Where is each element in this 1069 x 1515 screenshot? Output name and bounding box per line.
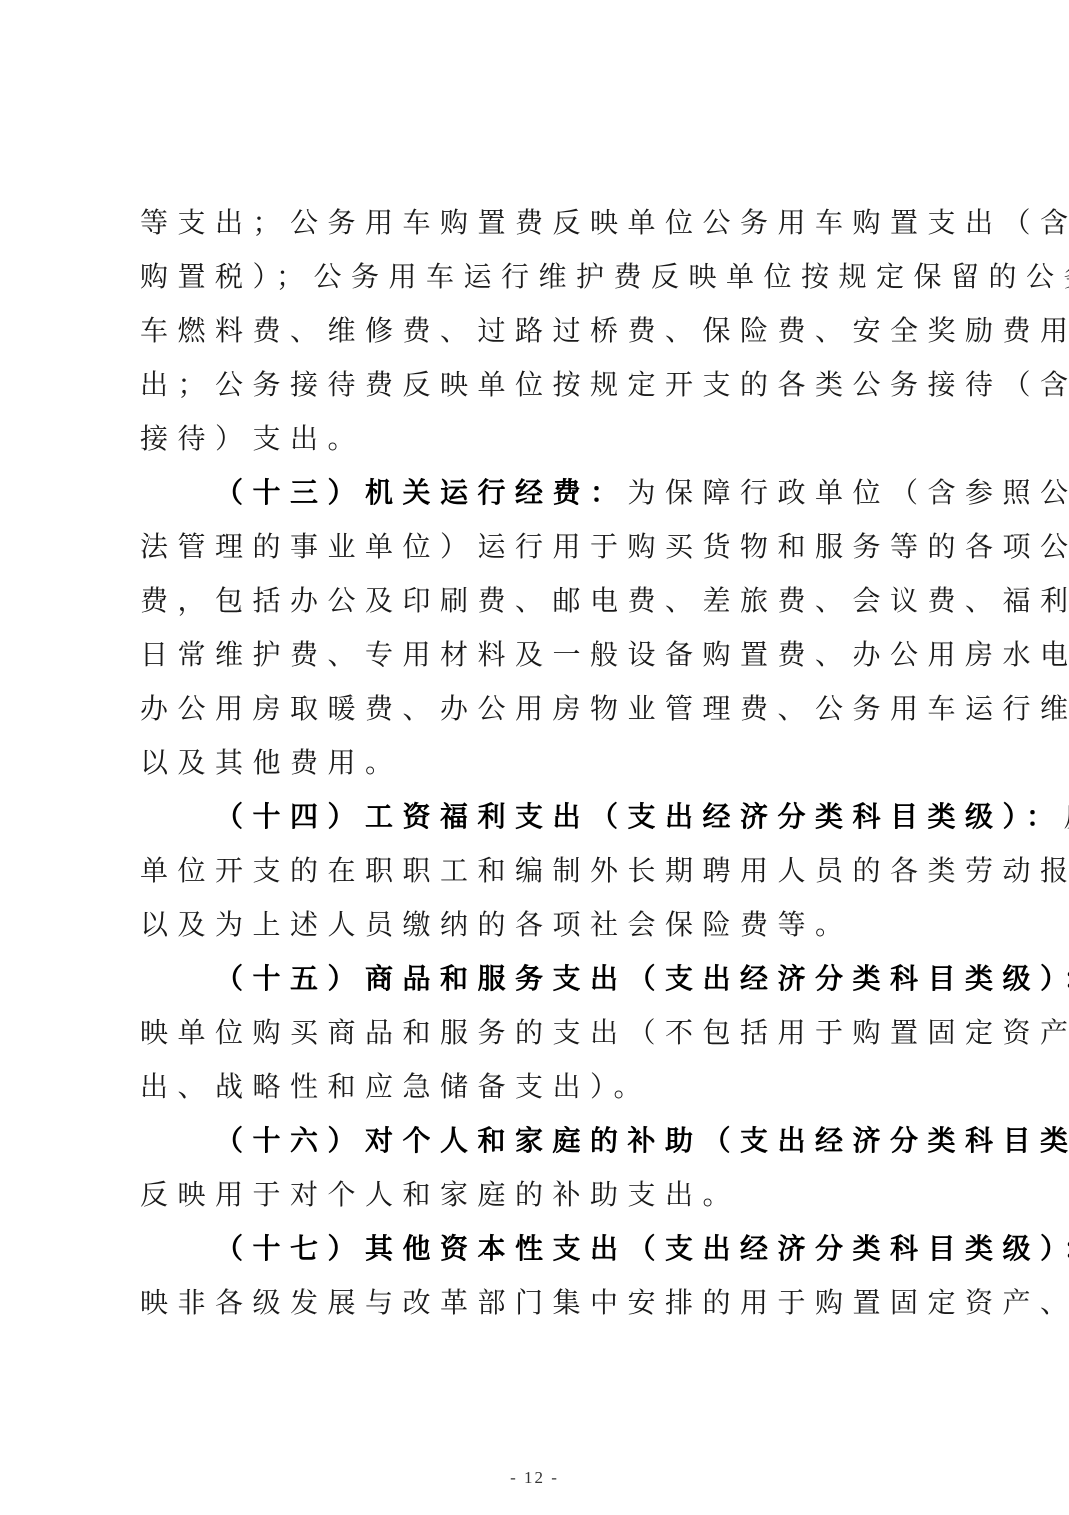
text-line: 映非各级发展与改革部门集中安排的用于购置固定资产、战略	[140, 1280, 940, 1334]
text-line: 出、战略性和应急储备支出）。	[140, 1064, 940, 1118]
line-text: 为保障行政单位（含参照公务员	[628, 476, 1069, 509]
line-text: 法管理的事业单位）运行用于购买货物和服务等的各项公用经	[140, 530, 1069, 563]
text-line: 以及为上述人员缴纳的各项社会保险费等。	[140, 902, 940, 956]
line-text: 出、战略性和应急储备支出）。	[140, 1070, 651, 1103]
document-page: 等支出；公务用车购置费反映单位公务用车购置支出（含车辆 购置税）；公务用车运行维…	[0, 0, 1069, 1515]
paragraph-15: （十五）商品和服务支出（支出经济分类科目类级）：反 映单位购买商品和服务的支出（…	[140, 956, 940, 1118]
paragraph-14: （十四）工资福利支出（支出经济分类科目类级）：反映 单位开支的在职职工和编制外长…	[140, 794, 940, 956]
line-text: 单位开支的在职职工和编制外长期聘用人员的各类劳动报酬，	[140, 854, 1069, 887]
text-line: （十五）商品和服务支出（支出经济分类科目类级）：反	[140, 956, 940, 1010]
text-line: 等支出；公务用车购置费反映单位公务用车购置支出（含车辆	[140, 200, 940, 254]
paragraph-heading: （十四）工资福利支出（支出经济分类科目类级）：	[215, 800, 1064, 833]
paragraph-13: （十三）机关运行经费：为保障行政单位（含参照公务员 法管理的事业单位）运行用于购…	[140, 470, 940, 794]
text-line: 日常维护费、专用材料及一般设备购置费、办公用房水电费、	[140, 632, 940, 686]
line-text: 日常维护费、专用材料及一般设备购置费、办公用房水电费、	[140, 638, 1069, 671]
line-text: 映单位购买商品和服务的支出（不包括用于购置固定资产的支	[140, 1016, 1069, 1049]
line-text: 反映	[1064, 800, 1069, 833]
text-line: （十三）机关运行经费：为保障行政单位（含参照公务员	[140, 470, 940, 524]
paragraph-16: （十六）对个人和家庭的补助（支出经济分类科目类级）： 反映用于对个人和家庭的补助…	[140, 1118, 940, 1226]
line-text: 以及其他费用。	[140, 746, 403, 779]
line-text: 接待）支出。	[140, 422, 365, 455]
text-line: （十七）其他资本性支出（支出经济分类科目类级）：反	[140, 1226, 940, 1280]
text-line: 费，包括办公及印刷费、邮电费、差旅费、会议费、福利费、	[140, 578, 940, 632]
text-line: 出；公务接待费反映单位按规定开支的各类公务接待（含外宾	[140, 362, 940, 416]
line-text: 出；公务接待费反映单位按规定开支的各类公务接待（含外宾	[140, 368, 1069, 401]
line-text: 购置税）；公务用车运行维护费反映单位按规定保留的公务用	[140, 260, 1069, 293]
paragraph-heading: （十五）商品和服务支出（支出经济分类科目类级）：	[215, 962, 1069, 995]
text-line: 映单位购买商品和服务的支出（不包括用于购置固定资产的支	[140, 1010, 940, 1064]
line-text: 等支出；公务用车购置费反映单位公务用车购置支出（含车辆	[140, 206, 1069, 239]
text-line: 办公用房取暖费、办公用房物业管理费、公务用车运行维护费	[140, 686, 940, 740]
text-line: 车燃料费、维修费、过路过桥费、保险费、安全奖励费用等支	[140, 308, 940, 362]
text-line: （十四）工资福利支出（支出经济分类科目类级）：反映	[140, 794, 940, 848]
line-text: 费，包括办公及印刷费、邮电费、差旅费、会议费、福利费、	[140, 584, 1069, 617]
text-line: 反映用于对个人和家庭的补助支出。	[140, 1172, 940, 1226]
line-text: 反映用于对个人和家庭的补助支出。	[140, 1178, 740, 1211]
text-line: （十六）对个人和家庭的补助（支出经济分类科目类级）：	[140, 1118, 940, 1172]
paragraph-heading: （十三）机关运行经费：	[215, 476, 628, 509]
text-line: 以及其他费用。	[140, 740, 940, 794]
line-text: 办公用房取暖费、办公用房物业管理费、公务用车运行维护费	[140, 692, 1069, 725]
line-text: 以及为上述人员缴纳的各项社会保险费等。	[140, 908, 853, 941]
text-line: 购置税）；公务用车运行维护费反映单位按规定保留的公务用	[140, 254, 940, 308]
text-line: 单位开支的在职职工和编制外长期聘用人员的各类劳动报酬，	[140, 848, 940, 902]
document-body: 等支出；公务用车购置费反映单位公务用车购置支出（含车辆 购置税）；公务用车运行维…	[140, 200, 940, 1334]
text-line: 法管理的事业单位）运行用于购买货物和服务等的各项公用经	[140, 524, 940, 578]
page-number: - 12 -	[0, 1468, 1069, 1488]
paragraph-heading: （十六）对个人和家庭的补助（支出经济分类科目类级）：	[215, 1124, 1069, 1157]
paragraph-17: （十七）其他资本性支出（支出经济分类科目类级）：反 映非各级发展与改革部门集中安…	[140, 1226, 940, 1334]
paragraph-12-continued: 等支出；公务用车购置费反映单位公务用车购置支出（含车辆 购置税）；公务用车运行维…	[140, 200, 940, 470]
text-line: 接待）支出。	[140, 416, 940, 470]
paragraph-heading: （十七）其他资本性支出（支出经济分类科目类级）：	[215, 1232, 1069, 1265]
line-text: 映非各级发展与改革部门集中安排的用于购置固定资产、战略	[140, 1286, 1069, 1319]
line-text: 车燃料费、维修费、过路过桥费、保险费、安全奖励费用等支	[140, 314, 1069, 347]
